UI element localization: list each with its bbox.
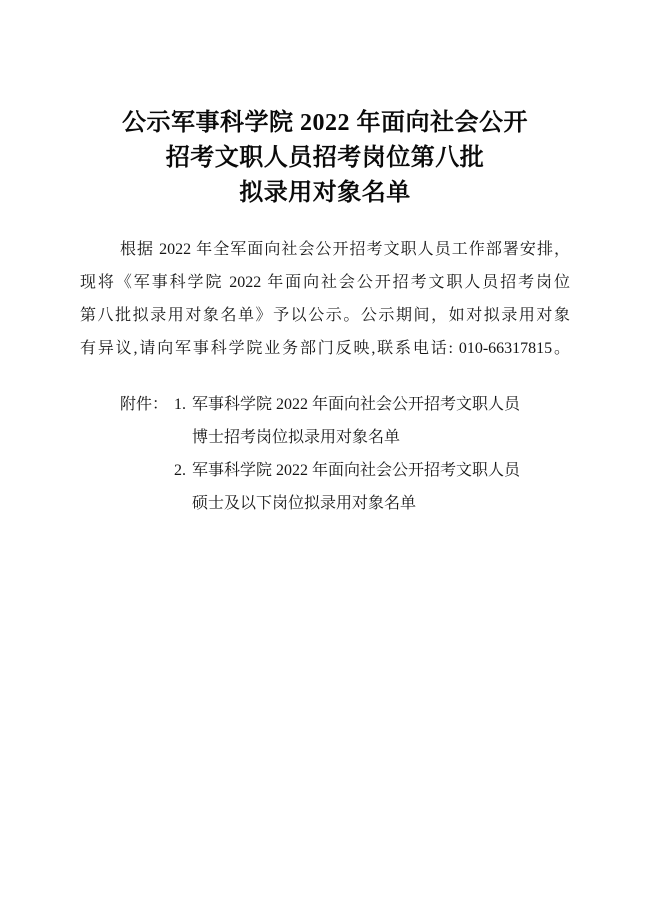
attachment-item-line: 军事科学院 2022 年面向社会公开招考文职人员: [192, 388, 570, 421]
attachment-item: 2. 军事科学院 2022 年面向社会公开招考文职人员 硕士及以下岗位拟录用对象…: [174, 454, 570, 520]
document-title-line: 招考文职人员招考岗位第八批: [80, 141, 570, 176]
attachment-item: 1. 军事科学院 2022 年面向社会公开招考文职人员 博士招考岗位拟录用对象名…: [174, 388, 570, 454]
attachment-item-line: 硕士及以下岗位拟录用对象名单: [192, 487, 570, 520]
attachment-item-line: 博士招考岗位拟录用对象名单: [192, 421, 570, 454]
attachment-label: 附件：: [120, 388, 168, 421]
body-paragraph-line: 第八批拟录用对象名单》予以公示。公示期间，如对拟录用对象: [80, 299, 570, 332]
attachment-section: 附件： 1. 军事科学院 2022 年面向社会公开招考文职人员 博士招考岗位拟录…: [80, 388, 570, 520]
document-title-line: 拟录用对象名单: [80, 176, 570, 211]
body-paragraph-line: 有异议,请向军事科学院业务部门反映,联系电话: 010-66317815。: [80, 332, 570, 365]
body-paragraph: 根据 2022 年全军面向社会公开招考文职人员工作部署安排， 现将《军事科学院 …: [80, 233, 570, 365]
attachment-item-number: 2.: [174, 454, 186, 487]
document-page: 公示军事科学院 2022 年面向社会公开 招考文职人员招考岗位第八批 拟录用对象…: [0, 0, 650, 919]
document-title-line: 公示军事科学院 2022 年面向社会公开: [80, 106, 570, 141]
attachment-list: 1. 军事科学院 2022 年面向社会公开招考文职人员 博士招考岗位拟录用对象名…: [168, 388, 570, 520]
body-paragraph-line: 现将《军事科学院 2022 年面向社会公开招考文职人员招考岗位: [80, 266, 570, 299]
body-paragraph-line: 根据 2022 年全军面向社会公开招考文职人员工作部署安排，: [80, 233, 570, 266]
attachment-item-line: 军事科学院 2022 年面向社会公开招考文职人员: [192, 454, 570, 487]
attachment-item-number: 1.: [174, 388, 186, 421]
document-title: 公示军事科学院 2022 年面向社会公开 招考文职人员招考岗位第八批 拟录用对象…: [80, 106, 570, 211]
